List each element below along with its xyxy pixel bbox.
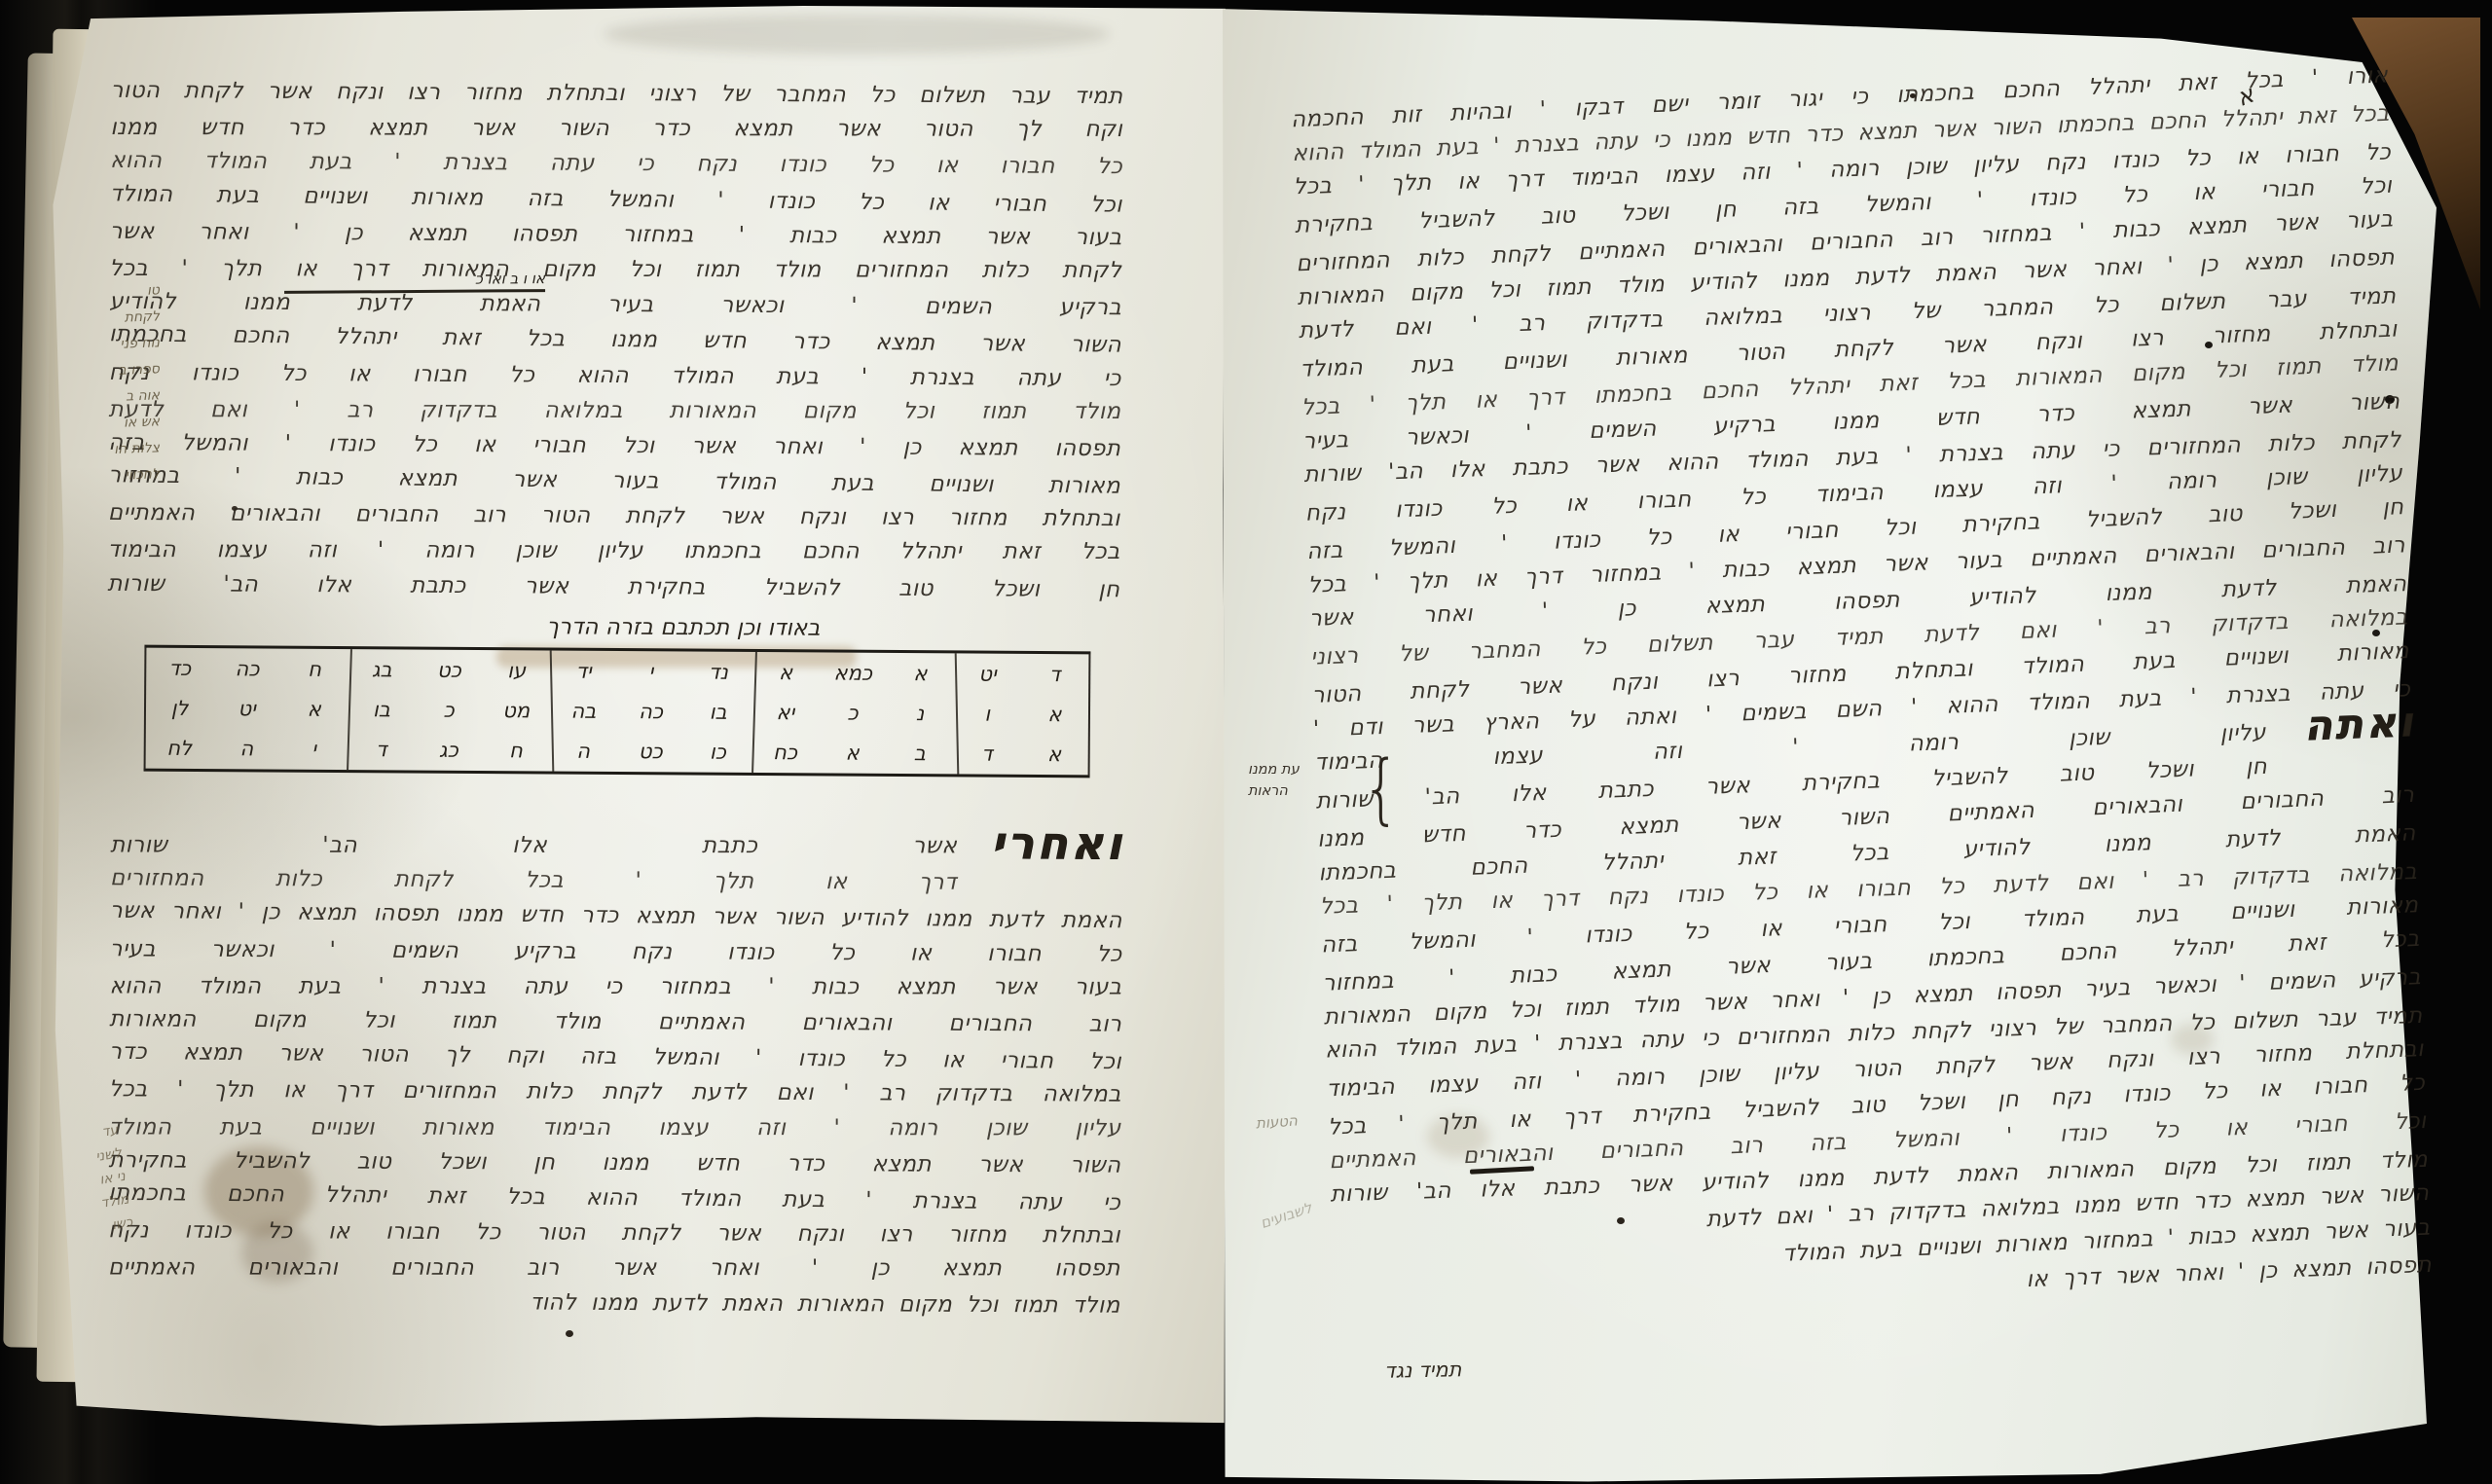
text-line: אשר כתבת אלו הב' שורות — [110, 827, 1122, 863]
text-line: כי עתה בצנרת ' בעת המולד ההוא כל חבורו א… — [109, 354, 1121, 396]
table-cell: א — [280, 689, 348, 730]
margin-note: אש או — [66, 414, 160, 432]
table-heading: באודו וכן תכתבם בזרה הדרך — [417, 614, 950, 642]
table-cell: א — [751, 652, 819, 693]
table-cell: כו — [684, 732, 751, 773]
table-cell: י — [280, 729, 348, 770]
manuscript-photo: תמיד עבר תשלום כל המחבר של רצוני ובתחלת … — [0, 0, 2492, 1484]
table-cell: כח — [751, 733, 819, 774]
left-page-text-upper: תמיד עבר תשלום כל המחבר של רצוני ובתחלת … — [107, 73, 1122, 607]
text-line: ובתחלת מחזור רצו ונקח אשר לקחת הטור כל ח… — [108, 1213, 1120, 1253]
margin-note: לקחת — [66, 308, 160, 327]
table-cell: יד — [550, 651, 617, 692]
table-cell: יט — [954, 653, 1021, 694]
calculation-table: דיטאכמאאנדיידעוכטבגחכהכדאונכיאבוכהבהמטכב… — [144, 645, 1091, 778]
text-line: לקחת כלות המחזורים מולד תמוז וכל מקום המ… — [109, 251, 1121, 288]
table-cell: כד — [146, 648, 213, 689]
text-line: עליון שוכן רומה ' וזה עצמו הבימוד מאורות… — [109, 1109, 1121, 1145]
table-cell: בה — [550, 691, 617, 732]
text-line: מולד תמוז וכל מקום המאורות במלואה בדקדוק… — [109, 392, 1121, 429]
table-cell: י — [617, 651, 684, 692]
table-cell: ד — [1021, 654, 1088, 695]
margin-note: אוה ב — [66, 387, 160, 406]
text-line: במלואה בדקדוק רב ' ואם לדעת לקחת כלות המ… — [109, 1072, 1121, 1113]
table-cell: בג — [348, 649, 416, 690]
table-cell: כה — [617, 691, 684, 732]
table-cell: ח — [280, 649, 348, 690]
left-margin-notes: טולקחתנוח פניספרו באוה באש אוצלות הולחכו… — [66, 284, 160, 494]
table-cell: כה — [213, 648, 280, 689]
table-cell: כ — [819, 693, 886, 734]
left-margin-notes-lower: עדלשניני אומולדכשו — [1, 1122, 134, 1255]
table-cell: עו — [483, 650, 550, 691]
text-line: מולד תמוז וכל מקום המאורות האמת לדעת ממנ… — [532, 1285, 1119, 1323]
table-cell: ה — [549, 731, 616, 772]
text-line: בעור אשר תמצא כבות ' במחזור כי עתה בצנרת… — [109, 968, 1121, 1004]
table-cell: נ — [886, 693, 953, 734]
table-cell: יא — [751, 692, 819, 733]
text-line: כל חבורו או כל כונדו נקח ברקיע השמים ' ו… — [110, 931, 1122, 972]
table-cell: כט — [617, 732, 684, 773]
margin-note: הראות — [1248, 780, 1357, 802]
table-cell: לן — [146, 688, 213, 729]
table-cell: ה — [213, 729, 280, 770]
table-cell: כ — [415, 690, 482, 731]
table-cell: ו — [954, 694, 1021, 735]
left-page-text-lower: ואחרי אשר כתבת אלו הב' שורותדרך או תלך '… — [108, 825, 1123, 1323]
catchword: תמיד נגד — [1384, 1357, 1462, 1382]
table-cell: א — [819, 733, 886, 774]
ink-spots — [0, 0, 6, 5]
margin-note: ספרו ב — [66, 361, 160, 380]
table-cell: לח — [146, 728, 213, 769]
table-cell: כג — [415, 730, 482, 771]
text-line: ובתחלת מחזור רצו ונקח אשר לקחת הטור רוב … — [108, 495, 1120, 537]
interlinear-insertion: או ו ב ואו כ — [284, 270, 545, 294]
text-line: תמיד עבר תשלום כל המחבר של רצוני ובתחלת … — [110, 73, 1122, 115]
table-cell: ח — [482, 731, 549, 772]
margin-note: לחכווי — [66, 466, 160, 485]
table-cell: א — [1020, 735, 1087, 776]
table-cell: מט — [483, 690, 550, 731]
table-cell: נד — [684, 651, 751, 692]
margin-bracket-note: עת ממנוהראות — [1248, 759, 1357, 802]
text-line: בכל זאת יתהלל החכם בחכמתו עליון שוכן רומ… — [108, 532, 1120, 569]
margin-note: נוח פני — [66, 335, 160, 353]
table-cell: כט — [416, 650, 483, 691]
table-cell: א — [1021, 694, 1088, 735]
right-page-text: ואתה אורו ' בכל זאת יתהלל החכם בחכמתו כי… — [1290, 60, 2432, 1323]
table-cell: בו — [348, 689, 415, 730]
margin-note: צלות הו — [66, 440, 160, 458]
margin-note: טו — [66, 282, 160, 301]
table-cell: יט — [213, 688, 280, 729]
faint-margin-note: הטעות — [1255, 1112, 1298, 1133]
table-cell: ד — [953, 734, 1020, 775]
table-cell: כמא — [820, 652, 887, 693]
text-line: וקח לך הטור אשר תמצא כדר השור אשר תמצא כ… — [110, 110, 1122, 147]
text-line: תפסהו תמצא כן ' ואחר אשר רוב החבורים והב… — [108, 1250, 1120, 1286]
table-cell: ד — [348, 730, 415, 771]
table-cell: א — [887, 653, 954, 694]
table-cell: בו — [684, 692, 751, 733]
margin-note: עת ממנו — [1248, 759, 1357, 780]
text-line: בעור אשר תמצא כבות ' במחזור תפסהו תמצא כ… — [110, 214, 1122, 256]
text-line: חן ושכל טוב להשביל בחקירת אשר כתבת אלו ה… — [107, 565, 1119, 607]
table-cell: ב — [886, 734, 953, 775]
margin-brace-icon: { — [1362, 745, 1401, 833]
